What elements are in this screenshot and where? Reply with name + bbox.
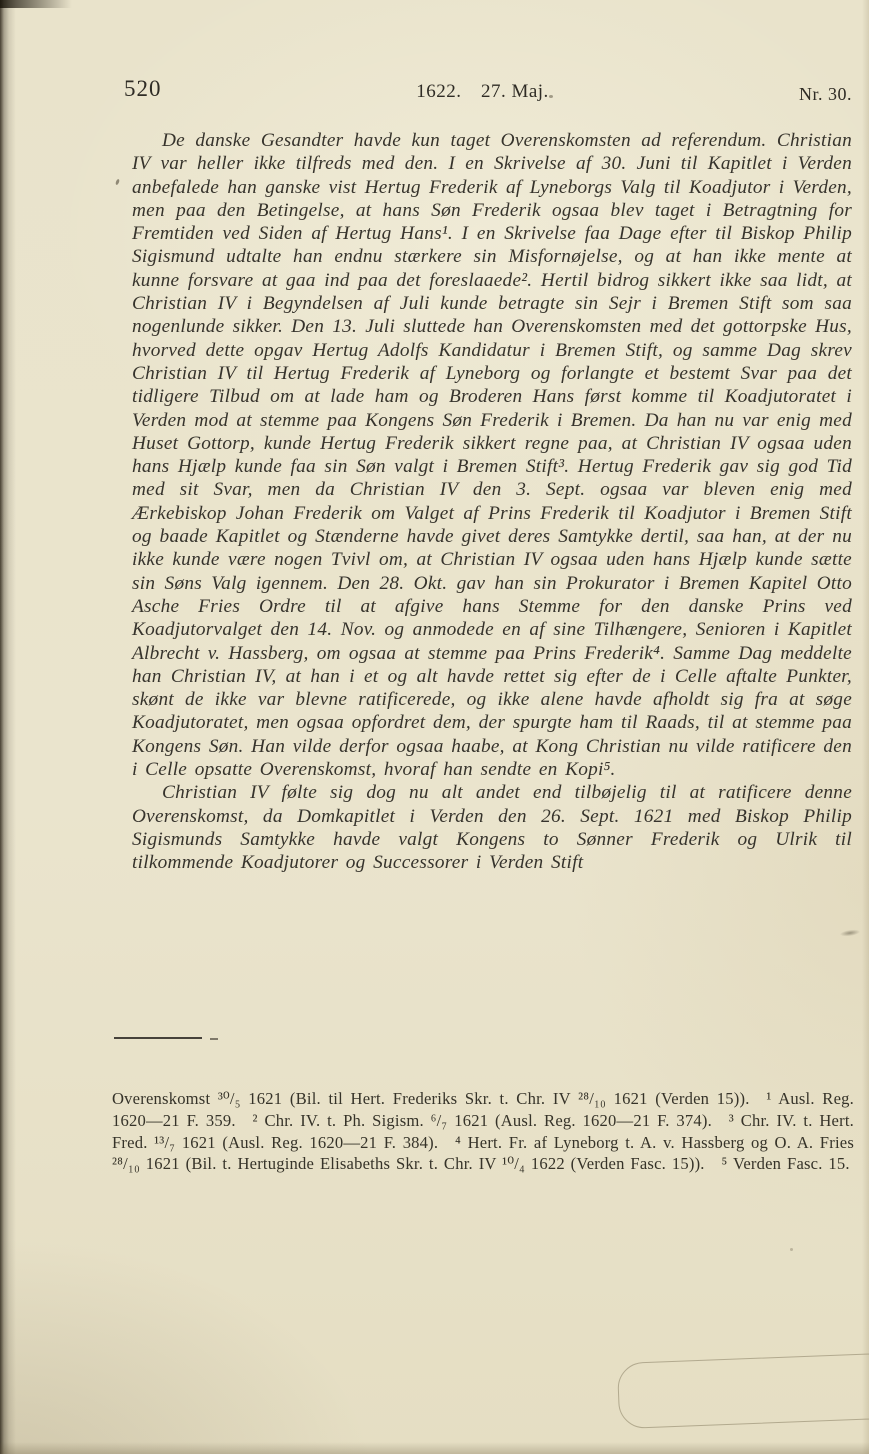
- footnote-separator-rule: [114, 1037, 202, 1039]
- paper-speck: [790, 1248, 793, 1251]
- paper-speck: [115, 179, 120, 186]
- paragraph: Christian IV følte sig dog nu alt andet …: [132, 781, 852, 874]
- page-edge-shadow-left: [0, 0, 16, 1454]
- embossed-label-outline: [617, 1349, 869, 1429]
- ink-smudge: [840, 929, 861, 938]
- footnote-separator-dash: [210, 1038, 218, 1040]
- footnote-text: Overenskomst ³⁰/₅ 1621 (Bil. til Hert. F…: [112, 1088, 854, 1175]
- document-number: Nr. 30.: [799, 84, 852, 105]
- paper-speck: [549, 95, 553, 98]
- page-corner-shadow-top-left: [0, 0, 78, 8]
- date-heading: 1622. 27. Maj.: [96, 81, 869, 103]
- main-text: De danske Gesandter havde kun taget Over…: [132, 129, 852, 875]
- footnotes-section: Overenskomst ³⁰/₅ 1621 (Bil. til Hert. F…: [112, 1088, 854, 1175]
- page-edge-shadow-right: [862, 0, 869, 1454]
- paragraph: De danske Gesandter havde kun taget Over…: [132, 129, 852, 781]
- book-page: 520 1622. 27. Maj. Nr. 30. De danske Ges…: [0, 0, 869, 1454]
- page-edge-shadow-bottom: [0, 1442, 869, 1454]
